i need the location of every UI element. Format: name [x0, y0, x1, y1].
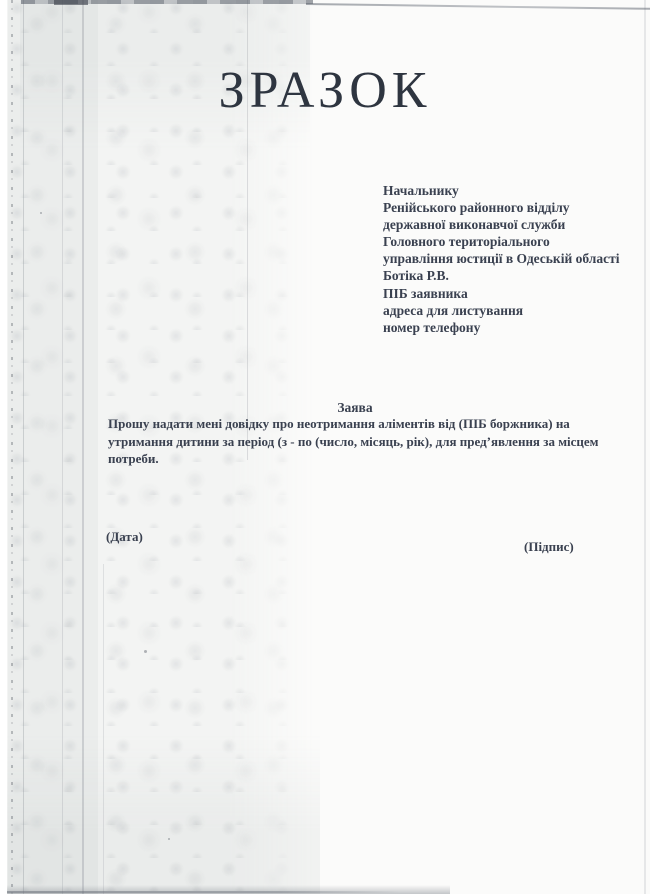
signature-label: (Підпис) — [524, 539, 574, 555]
applicant-line: номер телефону — [383, 319, 523, 336]
scan-noise-bottom-patch — [0, 734, 320, 894]
scan-speck — [168, 838, 170, 840]
applicant-line: адреса для листування — [383, 302, 523, 319]
application-heading: Заява — [108, 399, 602, 417]
scan-streak-lower — [103, 564, 104, 894]
scan-left-margin — [0, 0, 7, 894]
scan-streak-inner — [82, 0, 84, 894]
date-label: (Дата) — [106, 529, 143, 545]
applicant-block: ПІБ заявника адреса для листування номер… — [383, 285, 523, 336]
scan-bottom-edge-line — [0, 891, 400, 893]
scan-streak-right-edge — [644, 0, 646, 894]
body-line: Прошу надати мені довідку про неотриманн… — [108, 415, 599, 433]
scan-speck — [40, 212, 42, 214]
recipient-line: Головного територіального — [383, 233, 619, 250]
scan-streak-left — [23, 0, 24, 894]
body-line: утримання дитини за період (з - по (числ… — [108, 433, 599, 451]
recipient-line: Ренійського районного відділу — [383, 199, 619, 216]
applicant-line: ПІБ заявника — [383, 285, 523, 302]
sample-title: ЗРАЗОК — [0, 60, 650, 122]
scanned-document-page: ЗРАЗОК Начальнику Ренійського районного … — [0, 0, 650, 894]
recipient-block: Начальнику Ренійського районного відділу… — [383, 182, 619, 284]
scan-top-edge-line — [306, 3, 650, 9]
recipient-line: державної виконавчої служби — [383, 216, 619, 233]
recipient-line: управління юстиції в Одеській області — [383, 250, 619, 267]
body-line: потреби. — [108, 450, 599, 468]
recipient-line: Ботіка Р.В. — [383, 267, 619, 284]
scan-speck — [144, 650, 147, 653]
scan-top-edge-dark-mark — [54, 0, 88, 5]
scan-streak-faint — [62, 0, 63, 894]
application-body: Прошу надати мені довідку про неотриманн… — [108, 415, 599, 468]
recipient-line: Начальнику — [383, 182, 619, 199]
scan-streak-speckled — [11, 0, 13, 894]
